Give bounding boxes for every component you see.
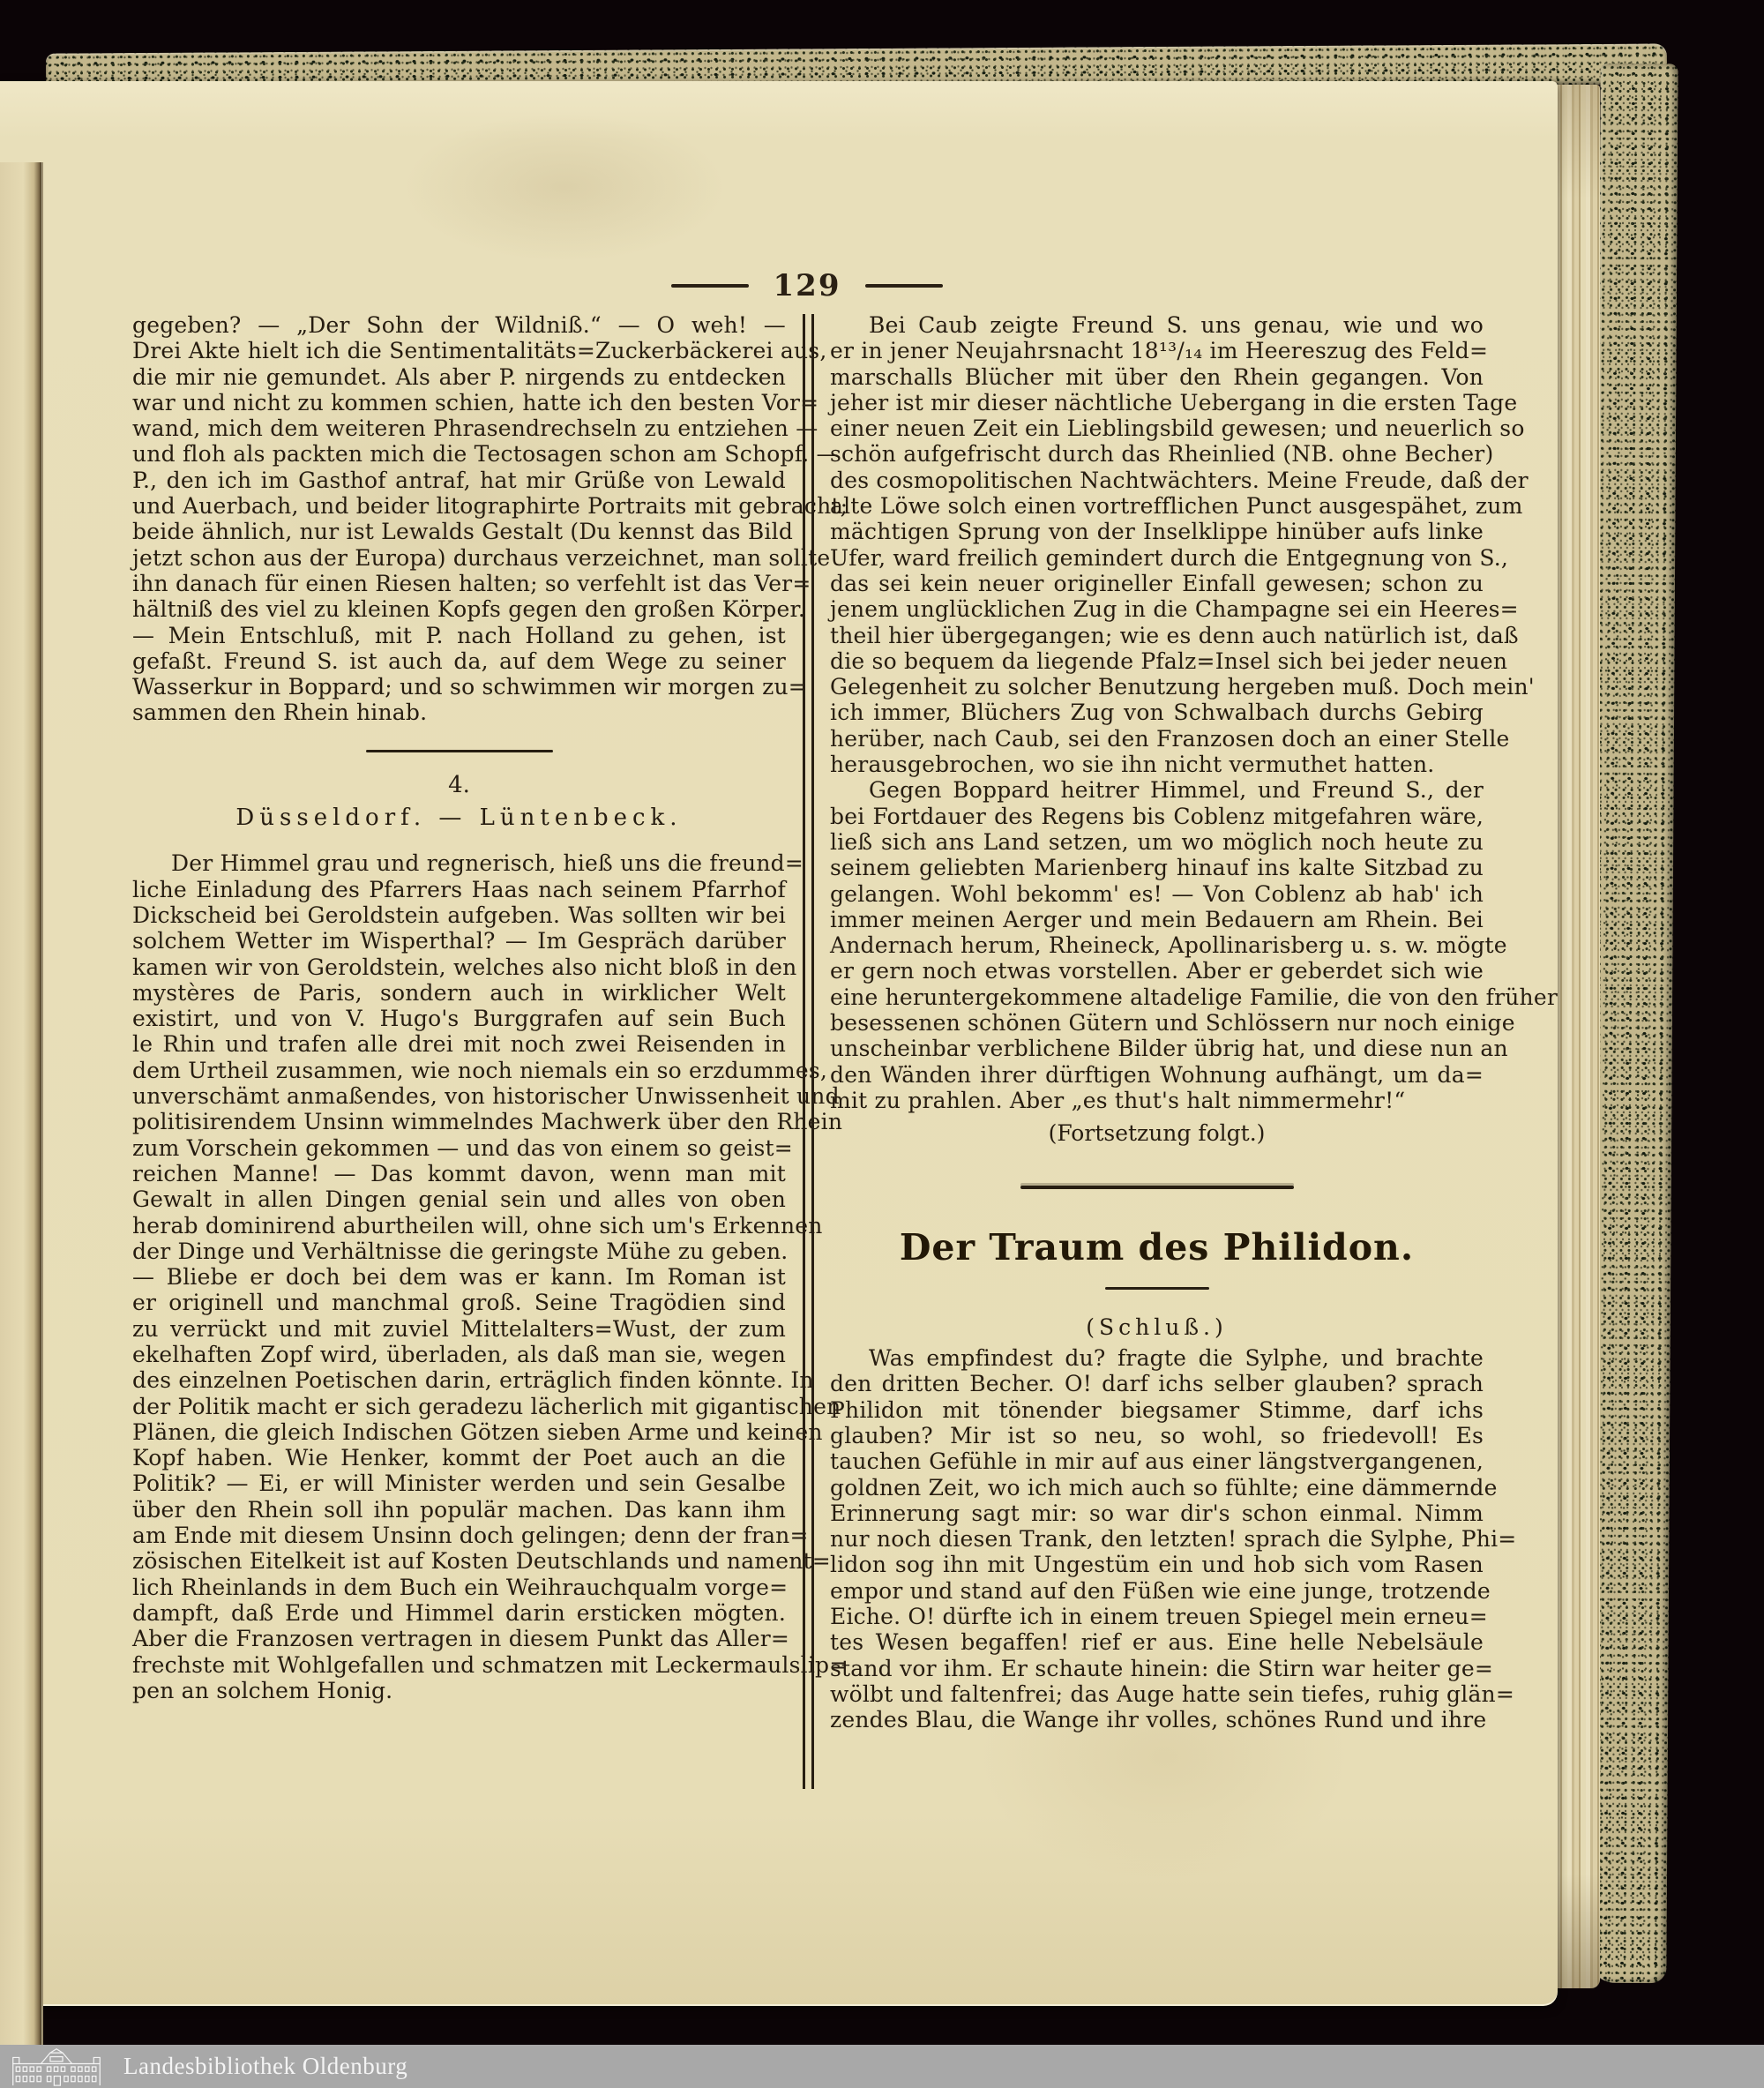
text-line: solchem Wetter im Wisperthal? — Im Gespr… — [132, 928, 786, 954]
text-line: gelangen. Wohl bekomm' es! — Von Coblenz… — [830, 881, 1484, 907]
text-line: ließ sich ans Land setzen, um wo möglich… — [830, 829, 1484, 855]
page-gutter — [0, 162, 43, 2087]
text-line: dampft, daß Erde und Himmel darin erstic… — [132, 1600, 786, 1626]
text-line: existirt, und von V. Hugo's Burggrafen a… — [132, 1006, 786, 1031]
text-line: — Mein Entschluß, mit P. nach Holland zu… — [132, 623, 786, 648]
text-line: Philidon mit tönender biegsamer Stimme, … — [830, 1397, 1484, 1423]
text-line: — Bliebe er doch bei dem was er kann. Im… — [132, 1264, 786, 1290]
text-line: Ufer, ward freilich gemindert durch die … — [830, 545, 1484, 571]
text-line: Aber die Franzosen vertragen in diesem P… — [132, 1626, 786, 1651]
text-line: herausgebrochen, wo sie ihn nicht vermut… — [830, 752, 1484, 777]
text-line: die mir nie gemundet. Als aber P. nirgen… — [132, 364, 786, 390]
library-name: Landesbibliothek Oldenburg — [123, 2053, 407, 2080]
text-line: goldnen Zeit, wo ich mich auch so fühlte… — [830, 1475, 1484, 1501]
text-line: frechste mit Wohlgefallen und schmatzen … — [132, 1652, 786, 1678]
text-line: Wasserkur in Boppard; und so schwimmen w… — [132, 674, 786, 700]
text-line: Bei Caub zeigte Freund S. uns genau, wie… — [830, 312, 1484, 338]
paragraph: Gegen Boppard heitrer Himmel, und Freund… — [830, 777, 1484, 1113]
book-cover-edge-right — [1588, 64, 1678, 1983]
text-line: dem Urtheil zusammen, wie noch niemals e… — [132, 1058, 786, 1083]
paragraph: Bei Caub zeigte Freund S. uns genau, wie… — [830, 312, 1484, 777]
text-line: das sei kein neuer origineller Einfall g… — [830, 571, 1484, 596]
article-title: Der Traum des Philidon. — [830, 1235, 1484, 1261]
text-line: gefaßt. Freund S. ist auch da, auf dem W… — [132, 648, 786, 674]
text-line: jetzt schon aus der Europa) durchaus ver… — [132, 545, 786, 571]
text-line: P., den ich im Gasthof antraf, hat mir G… — [132, 468, 786, 493]
text-line: reichen Manne! — Das kommt davon, wenn m… — [132, 1161, 786, 1186]
text-line: den Wänden ihrer dürftigen Wohnung aufhä… — [830, 1062, 1484, 1088]
text-line: des einzelnen Poetischen darin, erträgli… — [132, 1367, 786, 1393]
footer-bar: Landesbibliothek Oldenburg — [0, 2045, 1764, 2088]
text-line: jeher ist mir dieser nächtliche Uebergan… — [830, 390, 1484, 415]
text-line: Eiche. O! dürfte ich in einem treuen Spi… — [830, 1604, 1484, 1629]
text-line: Kopf haben. Wie Henker, kommt der Poet a… — [132, 1445, 786, 1471]
text-line: er in jener Neujahrsnacht 18¹³/₁₄ im Hee… — [830, 338, 1484, 363]
text-line: und Auerbach, und beider litographirte P… — [132, 493, 786, 519]
text-line: tauchen Gefühle in mir auf aus einer län… — [830, 1448, 1484, 1474]
text-line: mystères de Paris, sondern auch in wirkl… — [132, 980, 786, 1006]
text-line: den dritten Becher. O! darf ichs selber … — [830, 1371, 1484, 1396]
text-line: der Dinge und Verhältnisse die geringste… — [132, 1239, 786, 1264]
text-line: herab dominirend aburtheilen will, ohne … — [132, 1213, 786, 1239]
book-scan-viewer: 129 gegeben? — „Der Sohn der Wildniß.“ —… — [0, 0, 1764, 2088]
text-line: die so bequem da liegende Pfalz=Insel si… — [830, 648, 1484, 674]
text-line: und floh als packten mich die Tectosagen… — [132, 441, 786, 467]
header-rule-left — [671, 284, 749, 288]
text-line: schön aufgefrischt durch das Rheinlied (… — [830, 441, 1484, 467]
article-title-rule — [1105, 1287, 1209, 1290]
text-line: der Politik macht er sich geradezu läche… — [132, 1394, 786, 1419]
text-line: er originell und manchmal groß. Seine Tr… — [132, 1290, 786, 1315]
text-line: eine heruntergekommene altadelige Famili… — [830, 984, 1484, 1010]
paragraph: Was empfindest du? fragte die Sylphe, un… — [830, 1345, 1484, 1733]
text-line: Dickscheid bei Geroldstein aufgeben. Was… — [132, 902, 786, 928]
text-line: kamen wir von Geroldstein, welches also … — [132, 954, 786, 980]
text-line: hältniß des viel zu kleinen Kopfs gegen … — [132, 596, 786, 622]
text-line: herüber, nach Caub, sei den Franzosen do… — [830, 726, 1484, 752]
text-line: unverschämt anmaßendes, von historischer… — [132, 1083, 786, 1109]
text-line: bei Fortdauer des Regens bis Coblenz mit… — [830, 804, 1484, 829]
text-line: tes Wesen begaffen! rief er aus. Eine he… — [830, 1629, 1484, 1655]
text-line: jenem unglücklichen Zug in die Champagne… — [830, 596, 1484, 622]
text-line: seinem geliebten Marienberg hinauf ins k… — [830, 855, 1484, 880]
text-line: glauben? Mir ist so neu, so wohl, so fri… — [830, 1423, 1484, 1448]
text-line: politisirendem Unsinn wimmelndes Machwer… — [132, 1109, 786, 1134]
text-line: zum Vorschein gekommen — und das von ein… — [132, 1135, 786, 1161]
text-line: nur noch diesen Trank, den letzten! spra… — [830, 1526, 1484, 1552]
text-line: mit zu prahlen. Aber „es thut's halt nim… — [830, 1088, 1484, 1113]
text-line: immer meinen Aerger und mein Bedauern am… — [830, 907, 1484, 932]
text-line: sammen den Rhein hinab. — [132, 700, 786, 725]
text-line: besessenen schönen Gütern und Schlössern… — [830, 1010, 1484, 1036]
page-number: 129 — [774, 268, 841, 303]
text-line: lidon sog ihn mit Ungestüm ein und hob s… — [830, 1552, 1484, 1577]
text-line: am Ende mit diesem Unsinn doch gelingen;… — [132, 1523, 786, 1548]
library-building-icon — [9, 2047, 104, 2086]
text-line: stand vor ihm. Er schaute hinein: die St… — [830, 1656, 1484, 1681]
column-right: Bei Caub zeigte Freund S. uns genau, wie… — [830, 312, 1484, 1789]
text-line: war und nicht zu kommen schien, hatte ic… — [132, 390, 786, 415]
text-line: gegeben? — „Der Sohn der Wildniß.“ — O w… — [132, 312, 786, 338]
text-line: ihn danach für einen Riesen halten; so v… — [132, 571, 786, 596]
continuation-note: (Fortsetzung folgt.) — [830, 1120, 1484, 1146]
paragraph: gegeben? — „Der Sohn der Wildniß.“ — O w… — [132, 312, 786, 726]
section-title: Düsseldorf. — Lüntenbeck. — [132, 805, 786, 831]
text-line: einer neuen Zeit ein Lieblingsbild gewes… — [830, 415, 1484, 441]
text-line: des cosmopolitischen Nachtwächters. Mein… — [830, 468, 1484, 493]
text-line: zu verrückt und mit zuviel Mittelalters=… — [132, 1316, 786, 1342]
text-line: ich immer, Blüchers Zug von Schwalbach d… — [830, 700, 1484, 725]
text-line: wand, mich dem weiteren Phrasendrechseln… — [132, 415, 786, 441]
text-line: Politik? — Ei, er will Minister werden u… — [132, 1471, 786, 1496]
text-line: über den Rhein soll ihn populär machen. … — [132, 1497, 786, 1523]
text-line: liche Einladung des Pfarrers Haas nach s… — [132, 877, 786, 902]
text-line: pen an solchem Honig. — [132, 1678, 786, 1703]
text-line: mächtigen Sprung von der Inselklippe hin… — [830, 519, 1484, 544]
text-line: zösischen Eitelkeit ist auf Kosten Deuts… — [132, 1548, 786, 1574]
text-line: theil hier übergegangen; wie es denn auc… — [830, 623, 1484, 648]
text-line: er gern noch etwas vorstellen. Aber er g… — [830, 958, 1484, 984]
text-line: Drei Akte hielt ich die Sentimentalitäts… — [132, 338, 786, 363]
text-line: unscheinbar verblichene Bilder übrig hat… — [830, 1036, 1484, 1061]
text-line: Gegen Boppard heitrer Himmel, und Freund… — [830, 777, 1484, 803]
article-divider-rule — [1020, 1186, 1294, 1189]
text-line: Andernach herum, Rheineck, Apollinarisbe… — [830, 932, 1484, 958]
text-line: alte Löwe solch einen vortrefflichen Pun… — [830, 493, 1484, 519]
text-line: Was empfindest du? fragte die Sylphe, un… — [830, 1345, 1484, 1371]
text-line: Gewalt in allen Dingen genial sein und a… — [132, 1186, 786, 1212]
text-line: empor und stand auf den Füßen wie eine j… — [830, 1578, 1484, 1604]
scanned-page: 129 gegeben? — „Der Sohn der Wildniß.“ —… — [0, 81, 1558, 2006]
text-block: gegeben? — „Der Sohn der Wildniß.“ — O w… — [132, 312, 1484, 1789]
column-left: gegeben? — „Der Sohn der Wildniß.“ — O w… — [132, 312, 786, 1789]
section-number: 4. — [132, 773, 786, 798]
article-subtitle: (Schluß.) — [830, 1314, 1484, 1340]
text-line: ekelhaften Zopf wird, überladen, als daß… — [132, 1342, 786, 1367]
section-divider-rule — [366, 750, 553, 752]
text-line: Gelegenheit zu solcher Benutzung hergebe… — [830, 674, 1484, 700]
text-line: marschalls Blücher mit über den Rhein ge… — [830, 364, 1484, 390]
text-line: wölbt und faltenfrei; das Auge hatte sei… — [830, 1681, 1484, 1707]
column-divider-rule — [803, 314, 814, 1789]
text-line: Plänen, die gleich Indischen Götzen sieb… — [132, 1419, 786, 1445]
text-line: Der Himmel grau und regnerisch, hieß uns… — [132, 850, 786, 876]
header-rule-right — [865, 284, 943, 288]
page-header: 129 — [132, 268, 1482, 303]
column-divider — [786, 312, 830, 1789]
text-line: Erinnerung sagt mir: so war dir's schon … — [830, 1501, 1484, 1526]
text-line: zendes Blau, die Wange ihr volles, schön… — [830, 1707, 1484, 1733]
text-line: lich Rheinlands in dem Buch ein Weihrauc… — [132, 1575, 786, 1600]
paragraph: Der Himmel grau und regnerisch, hieß uns… — [132, 850, 786, 1703]
text-line: le Rhin und trafen alle drei mit noch zw… — [132, 1031, 786, 1057]
text-line: beide ähnlich, nur ist Lewalds Gestalt (… — [132, 519, 786, 544]
